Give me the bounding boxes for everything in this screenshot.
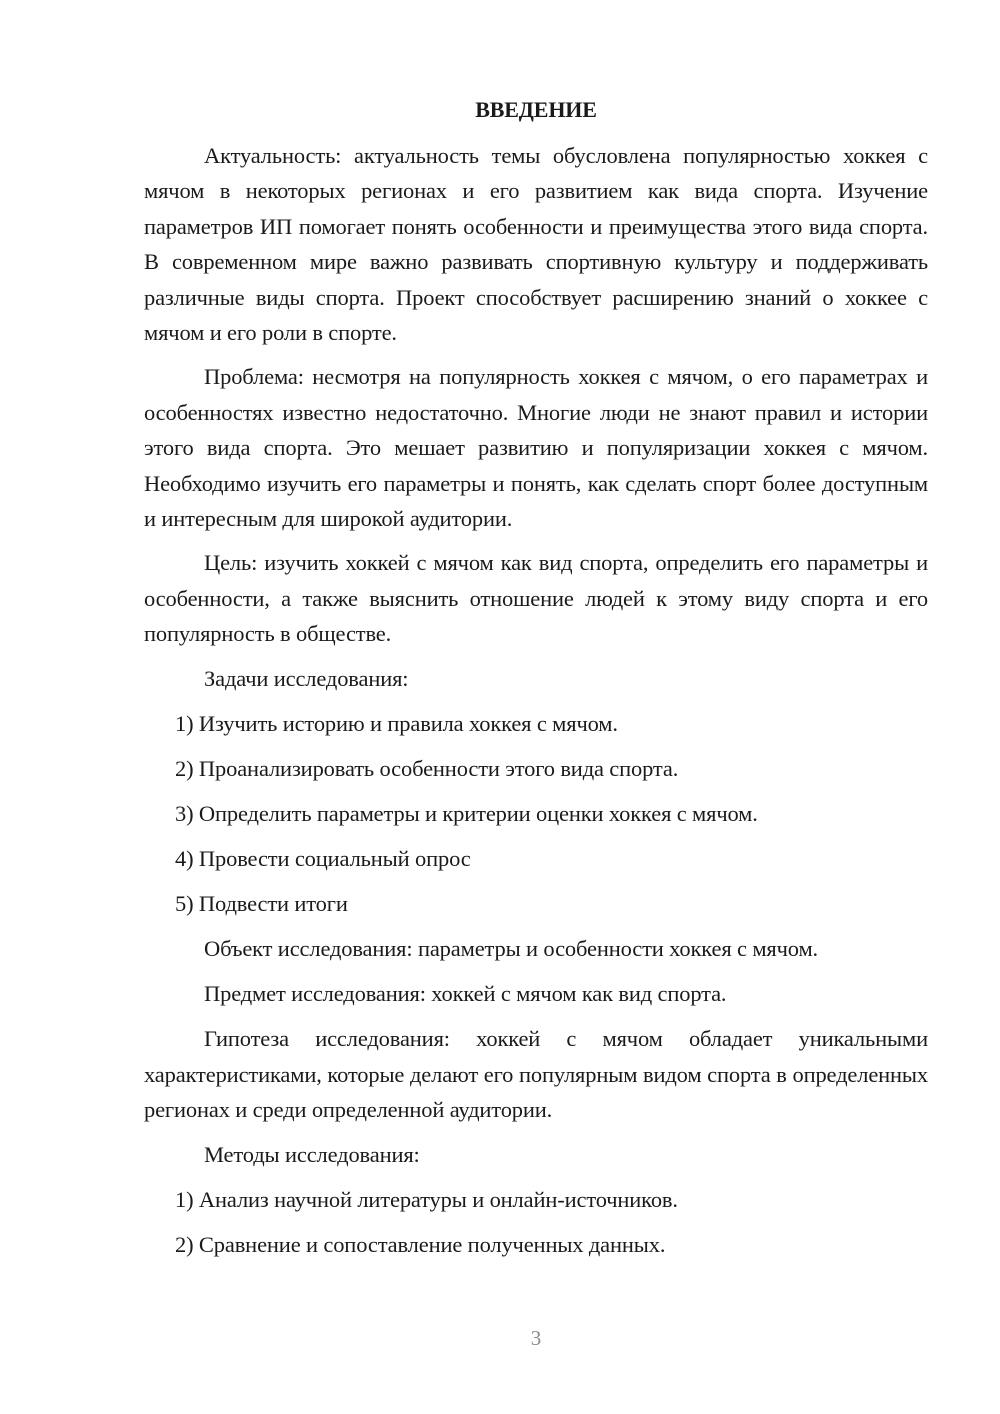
task-item: 1) Изучить историю и правила хоккея с мя… [175, 706, 928, 741]
section-title: ВВЕДЕНИЕ [144, 92, 928, 128]
method-item: 1) Анализ научной литературы и онлайн-ис… [175, 1182, 928, 1217]
goal-paragraph: Цель: изучить хоккей с мячом как вид спо… [144, 545, 928, 651]
research-object: Объект исследования: параметры и особенн… [144, 931, 928, 966]
document-page: ВВЕДЕНИЕ Актуальность: актуальность темы… [0, 0, 1000, 1414]
method-item: 2) Сравнение и сопоставление полученных … [175, 1227, 928, 1262]
relevance-paragraph: Актуальность: актуальность темы обусловл… [144, 138, 928, 350]
hypothesis-paragraph: Гипотеза исследования: хоккей с мячом об… [144, 1021, 928, 1127]
page-number: 3 [72, 1326, 1000, 1351]
methods-heading: Методы исследования: [144, 1137, 928, 1172]
page-content: ВВЕДЕНИЕ Актуальность: актуальность темы… [144, 92, 928, 1272]
task-item: 5) Подвести итоги [175, 886, 928, 921]
task-item: 2) Проанализировать особенности этого ви… [175, 751, 928, 786]
research-subject: Предмет исследования: хоккей с мячом как… [144, 976, 928, 1011]
tasks-heading: Задачи исследования: [144, 661, 928, 696]
task-item: 4) Провести социальный опрос [175, 841, 928, 876]
task-item: 3) Определить параметры и критерии оценк… [175, 796, 928, 831]
problem-paragraph: Проблема: несмотря на популярность хокке… [144, 359, 928, 536]
